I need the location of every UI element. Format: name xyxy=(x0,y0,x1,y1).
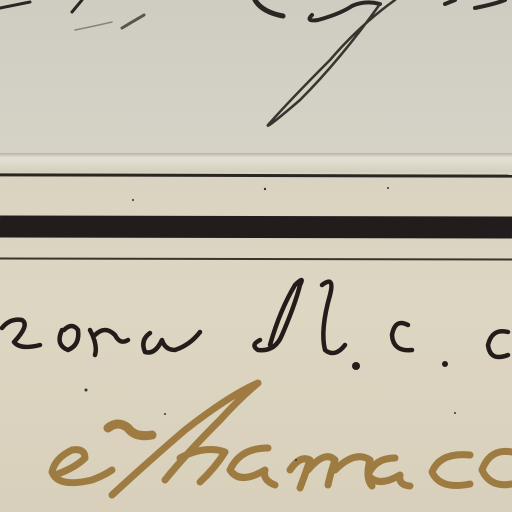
handwriting-line-1 xyxy=(2,280,508,370)
document-photo: Handwritten manuscript fragment with a p… xyxy=(0,0,512,512)
handwriting-line-2 xyxy=(52,383,512,495)
handwriting-layer xyxy=(0,0,512,512)
upper-handwriting xyxy=(0,0,505,126)
